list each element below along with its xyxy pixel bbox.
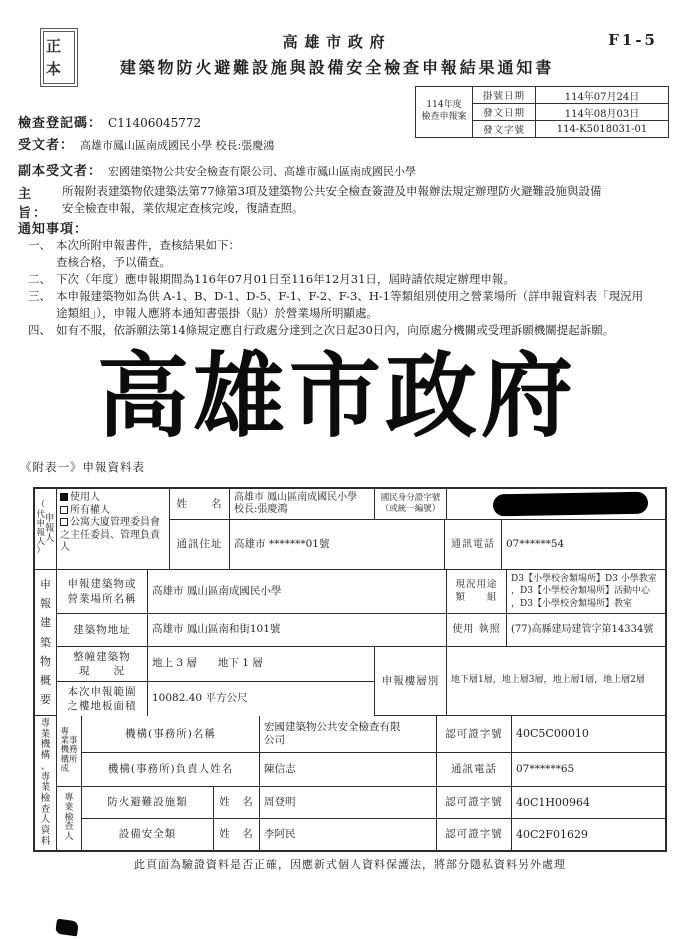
org-rep-row: 機構(事務所)負責人姓名 陳信志 通訊電話 07******65 [82, 753, 665, 787]
recipient-line: 受文者： 高雄市鳳山區南成國民小學 校長:張慶鴻 [18, 134, 274, 153]
agency-title: 高雄市政府 [0, 31, 674, 52]
building-name-label: 申報建築物或 營業場所名稱 [57, 570, 148, 614]
declared-floors-label: 申報樓層別 [375, 647, 447, 716]
org-rep-label: 機構(事務所)負責人姓名 [82, 753, 260, 787]
recipient-value: 高雄市鳳山區南成國民小學 校長:張慶鴻 [80, 137, 274, 153]
case-row-issue-date: 發文日期 114年08月03日 [473, 104, 668, 121]
checkbox-label: 使用人 [70, 492, 100, 503]
notice-item-text: 本次所附申報書件，查核結果如下： 查核合格，予以備查。 [56, 237, 668, 271]
cc-label: 副本受文者： [18, 160, 102, 179]
building-floors-block: 整幢建築物 現 況 地上 3 層 地下 1 層 本次申報範圍 之樓地板面積 10… [57, 647, 665, 716]
fire-category-label: 防火避難設施類 [82, 787, 214, 819]
whole-building-label: 整幢建築物 現 況 [57, 647, 148, 682]
building-address-label: 建築物地址 [57, 614, 148, 647]
id-number-value [447, 489, 665, 520]
building-rows: 申報建築物或 營業場所名稱 高雄市 鳳山區南成國民小學 現況用途 類 組 D3【… [57, 570, 665, 716]
org-name-value: 宏國建築物公共安全檢查有限 公司 [260, 716, 437, 753]
equip-inspector-row: 設備安全類 姓 名 李阿民 認可證字號 40C2F01629 [82, 819, 665, 850]
document-page: 正本 高雄市政府 F1-5 建築物防火避難設施與設備安全檢查申報結果通知書 11… [0, 0, 674, 939]
recipient-label: 受文者： [18, 134, 74, 153]
building-address-row: 建築物地址 高雄市 鳳山區南和街101號 使用 執照 (77)高縣建局建管字第1… [57, 614, 665, 647]
notice-item-2: 二、 下次（年度）應申報期間為116年07月01日至116年12月31日，屆時請… [28, 271, 668, 288]
case-rows: 掛號日期 114年07月24日 發文日期 114年08月03日 發文字號 114… [473, 87, 668, 137]
registration-code-value: C11406045772 [108, 116, 201, 130]
declared-floors-value: 地下層1層，地上層3層，地上層1層，地上層2層 [447, 647, 665, 716]
contact-address-label: 通訊住址 [170, 520, 230, 570]
checkbox-item-owner: 所有權人 [60, 505, 167, 518]
notice-item-number: 一、 [28, 237, 56, 271]
case-row-registered-date: 掛號日期 114年07月24日 [473, 87, 668, 104]
applicant-rows: 姓 名 高雄市 鳳山區南成國民小學 校長:張慶鴻 國民身分證字號 （或統一編號）… [170, 489, 665, 570]
use-license-value: (77)高縣建局建管字第14334號 [507, 614, 665, 647]
case-info-table: 114年度 檢查申報案 掛號日期 114年07月24日 發文日期 114年08月… [415, 86, 669, 138]
subject-value: 所報附表建築物依建築法第77條第3項及建築物公共安全檢查簽證及申報辦法規定辦理防… [62, 183, 601, 221]
current-use-label: 現況用途 類 組 [447, 570, 507, 614]
checkbox-item-committee: 公寓大廈管理委員會之主任委員、管理負責人 [60, 517, 167, 555]
case-row-value: 114-K5018031-01 [536, 121, 668, 137]
notice-item-number: 二、 [28, 271, 56, 288]
professional-section: 專業機構、專業檢查人資料 專業機構成 事務所 機構(事務所)名稱 宏國建築物公共… [35, 716, 665, 850]
notice-title: 通知事項： [18, 218, 88, 237]
whole-building-value: 地上 3 層 地下 1 層 [148, 647, 375, 682]
equip-cert-label: 認可證字號 [437, 819, 512, 850]
name-value: 高雄市 鳳山區南成國民小學 校長:張慶鴻 [230, 489, 375, 520]
org-name-label: 機構(事務所)名稱 [82, 716, 260, 753]
report-data-table: （代申報人） 申報人 使用人 所有權人 公寓大廈管理委員會之主任委員、管理負責人… [33, 487, 667, 852]
applicant-name-row: 姓 名 高雄市 鳳山區南成國民小學 校長:張慶鴻 國民身分證字號 （或統一編號） [170, 489, 665, 520]
registration-code-line: 檢查登記碼： C11406045772 [18, 112, 201, 131]
case-row-label: 發文字號 [473, 121, 536, 137]
cc-value: 宏國建築物公共安全檢查有限公司、高雄市鳳山區南成國民小學 [108, 163, 416, 179]
inspector-rows: 防火避難設施類 姓 名 周登明 認可證字號 40C1H00964 設備安全類 姓… [82, 787, 665, 850]
applicant-side-label: （代申報人） 申報人 [35, 489, 57, 570]
applicant-side-label-right: 申報人 [45, 514, 55, 545]
inspector-side-label: 專業檢查人 [57, 787, 82, 850]
applicant-section: （代申報人） 申報人 使用人 所有權人 公寓大廈管理委員會之主任委員、管理負責人… [35, 489, 665, 570]
building-side-label-text: 申報建築物概要 [40, 576, 51, 709]
fire-cert-label: 認可證字號 [437, 787, 512, 819]
building-name-value: 高雄市 鳳山區南成國民小學 [148, 570, 447, 614]
form-code: F1-5 [608, 31, 658, 49]
building-side-label: 申報建築物概要 [35, 570, 57, 716]
attachment-title: 《附表一》申報資料表 [20, 459, 145, 475]
equip-category-label: 設備安全類 [82, 819, 214, 850]
fire-name-label: 姓 名 [214, 787, 260, 819]
building-address-value: 高雄市 鳳山區南和街101號 [148, 614, 447, 647]
org-rows: 機構(事務所)名稱 宏國建築物公共安全檢查有限 公司 認可證字號 40C5C00… [82, 716, 665, 787]
notice-item-4: 四、 如有不服，依訴願法第14條規定應自行政處分達到之次日起30日內，向原處分機… [28, 322, 668, 339]
floor-area-label: 本次申報範圍 之樓地板面積 [57, 682, 148, 716]
org-phone-label: 通訊電話 [437, 753, 512, 787]
professional-rows: 專業機構成 事務所 機構(事務所)名稱 宏國建築物公共安全檢查有限 公司 認可證… [57, 716, 665, 850]
notice-item-3: 三、 本申報建築物如為供 A-1、B、D-1、D-5、F-1、F-2、F-3、H… [28, 288, 668, 322]
org-phone-value: 07******65 [512, 753, 665, 787]
notice-item-text: 本申報建築物如為供 A-1、B、D-1、D-5、F-1、F-2、F-3、H-1等… [56, 288, 668, 322]
current-use-value: D3【小學校舍類場所】D3 小學教室 ，D3【小學校舍類場所】活動中心 ，D3【… [507, 570, 665, 614]
inspector-block: 專業檢查人 防火避難設施類 姓 名 周登明 認可證字號 40C1H00964 設… [57, 787, 665, 850]
building-floors-left: 整幢建築物 現 況 地上 3 層 地下 1 層 本次申報範圍 之樓地板面積 10… [57, 647, 375, 716]
org-side-label: 專業機構成 事務所 [57, 716, 82, 787]
contact-phone-value: 07******54 [502, 520, 665, 570]
applicant-type-checkboxes: 使用人 所有權人 公寓大廈管理委員會之主任委員、管理負責人 [57, 489, 170, 570]
id-number-label: 國民身分證字號 （或統一編號） [375, 489, 447, 520]
org-rep-value: 陳信志 [260, 753, 437, 787]
building-section: 申報建築物概要 申報建築物或 營業場所名稱 高雄市 鳳山區南成國民小學 現況用途… [35, 570, 665, 716]
case-row-doc-number: 發文字號 114-K5018031-01 [473, 121, 668, 137]
org-block: 專業機構成 事務所 機構(事務所)名稱 宏國建築物公共安全檢查有限 公司 認可證… [57, 716, 665, 787]
equip-cert-value: 40C2F01629 [512, 819, 665, 850]
notice-item-1: 一、 本次所附申報書件，查核結果如下： 查核合格，予以備查。 [28, 237, 668, 271]
checkbox-icon [60, 518, 68, 526]
government-stamp: 高雄市政府 [0, 346, 674, 447]
checkbox-icon [60, 506, 68, 514]
scan-artifact [55, 919, 79, 937]
fire-name-value: 周登明 [260, 787, 437, 819]
subject-label: 主旨： [18, 183, 62, 221]
org-side-label-left: 專業機構成 [60, 728, 69, 774]
org-cert-label: 認可證字號 [437, 716, 512, 753]
fire-inspector-row: 防火避難設施類 姓 名 周登明 認可證字號 40C1H00964 [82, 787, 665, 819]
notice-item-number: 四、 [28, 322, 56, 339]
checkbox-item-user: 使用人 [60, 492, 167, 505]
contact-address-value: 高雄市 *******01號 [230, 520, 445, 570]
org-side-label-right: 事務所 [69, 737, 78, 765]
applicant-side-label-left: （代申報人） [36, 501, 45, 556]
professional-side-label-text: 專業機構、專業檢查人資料 [41, 719, 51, 848]
building-name-row: 申報建築物或 營業場所名稱 高雄市 鳳山區南成國民小學 現況用途 類 組 D3【… [57, 570, 665, 614]
notice-item-text: 如有不服，依訴願法第14條規定應自行政處分達到之次日起30日內，向原處分機關或受… [56, 322, 668, 339]
case-row-label: 發文日期 [473, 104, 536, 120]
professional-side-label: 專業機構、專業檢查人資料 [35, 716, 57, 850]
case-row-value: 114年08月03日 [536, 104, 668, 120]
equip-name-label: 姓 名 [214, 819, 260, 850]
fire-cert-value: 40C1H00964 [512, 787, 665, 819]
case-row-value: 114年07月24日 [536, 87, 668, 103]
inspector-side-label-text: 專業檢查人 [64, 794, 73, 843]
floor-area-row: 本次申報範圍 之樓地板面積 10082.40 平方公尺 [57, 682, 375, 716]
registration-code-label: 檢查登記碼： [18, 112, 102, 131]
case-year-label: 114年度 檢查申報案 [416, 87, 473, 137]
equip-name-value: 李阿民 [260, 819, 437, 850]
notice-item-text: 下次（年度）應申報期間為116年07月01日至116年12月31日，屆時請依規定… [56, 271, 668, 288]
whole-building-row: 整幢建築物 現 況 地上 3 層 地下 1 層 [57, 647, 375, 682]
id-redaction-mark [493, 492, 648, 517]
notice-item-number: 三、 [28, 288, 56, 322]
use-license-label: 使用 執照 [447, 614, 507, 647]
contact-phone-label: 通訊電話 [445, 520, 502, 570]
floor-area-value: 10082.40 平方公尺 [148, 682, 375, 716]
checkbox-label: 所有權人 [70, 505, 110, 516]
checkbox-icon [60, 493, 68, 501]
name-label: 姓 名 [170, 489, 230, 520]
checkbox-label: 公寓大廈管理委員會之主任委員、管理負責人 [60, 517, 160, 553]
cc-line: 副本受文者： 宏國建築物公共安全檢查有限公司、高雄市鳳山區南成國民小學 [18, 160, 416, 179]
org-name-row: 機構(事務所)名稱 宏國建築物公共安全檢查有限 公司 認可證字號 40C5C00… [82, 716, 665, 753]
document-title: 建築物防火避難設施與設備安全檢查申報結果通知書 [0, 55, 674, 78]
footer-privacy-note: 此頁面為驗證資料是否正確，因應新式個人資料保護法，將部分隱私資料另外處理 [33, 856, 667, 872]
applicant-contact-row: 通訊住址 高雄市 *******01號 通訊電話 07******54 [170, 520, 665, 570]
subject-block: 主旨： 所報附表建築物依建築法第77條第3項及建築物公共安全檢查簽證及申報辦法規… [18, 183, 663, 221]
org-cert-value: 40C5C00010 [512, 716, 665, 753]
case-row-label: 掛號日期 [473, 87, 536, 103]
notice-list: 一、 本次所附申報書件，查核結果如下： 查核合格，予以備查。 二、 下次（年度）… [28, 237, 668, 339]
